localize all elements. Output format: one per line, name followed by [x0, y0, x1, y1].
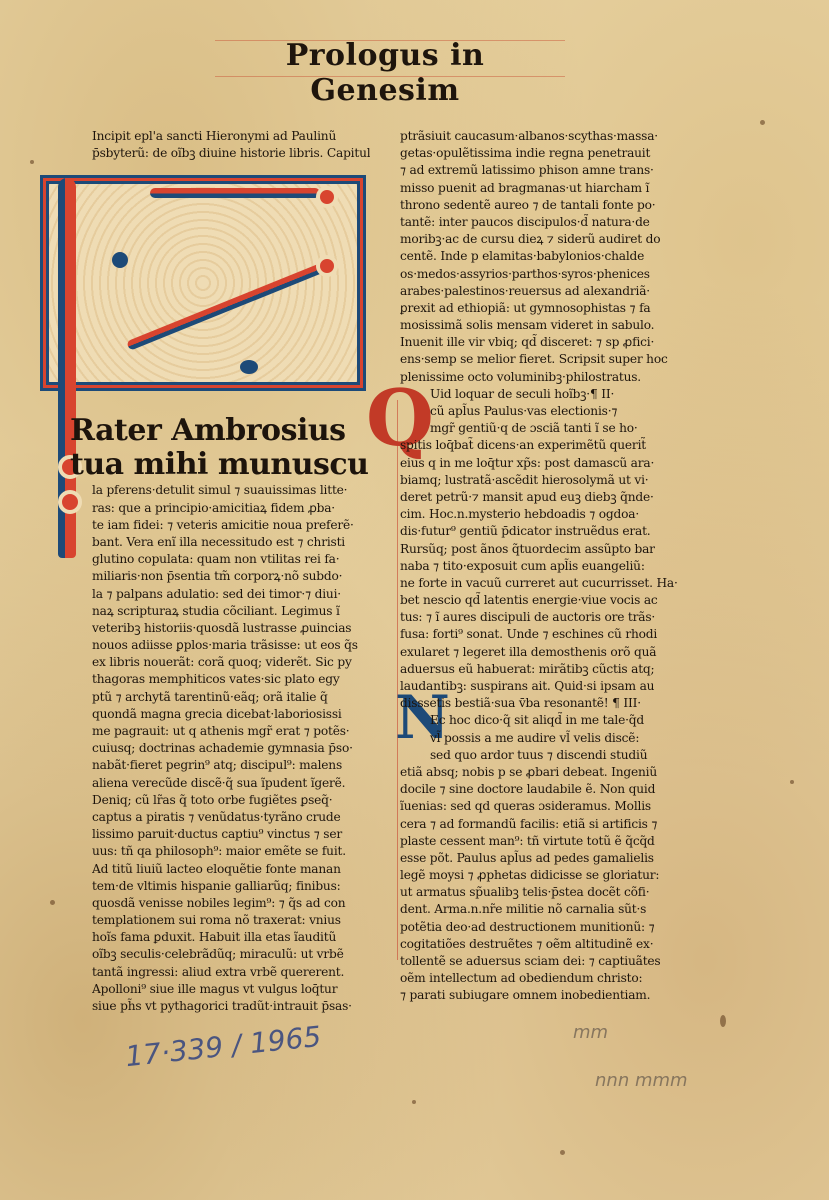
faint-annotation: nnn mmm: [595, 1070, 688, 1091]
text-line: os·medos·assyrios·parthos·syros·phenices: [400, 266, 684, 283]
text-line: la pferens·detulit simul ⁊ suauissimas l…: [92, 482, 370, 499]
text-line: laudantibꝫ: suspirans ait. Quid·si ipsam…: [400, 678, 684, 695]
right-margin-rule: [397, 400, 398, 960]
right-column: ptrãsiuit caucasum·albanos·scythas·massa…: [400, 128, 684, 1005]
text-line: spitis loq̄bat̃ dicens·an experimẽtũ que…: [400, 437, 684, 454]
text-line: aduersus eũ habuerat: mirãtibꝫ cũctis at…: [400, 661, 684, 678]
page-title: Prologus in Genesim: [225, 38, 545, 108]
text-line: biamq; lustratã·ascẽdit hierosolymã ut v…: [400, 472, 684, 489]
text-line: Inuenit ille vir vbiq; qd̃ disceret: ⁊ s…: [400, 334, 684, 351]
shelfmark-annotation: 17·339 / 1965: [124, 1020, 323, 1073]
foxing-spot: [412, 1100, 416, 1104]
text-line: Ec hoc dico·q̃ sit aliqd̃ in me tale·q̃d: [400, 712, 684, 729]
text-line: tantẽ: inter paucos discipulos·d̃ natura…: [400, 214, 684, 231]
text-line: ex libris nouerãt: corã quoq; viderẽt. S…: [92, 654, 370, 671]
title-rule-bottom: [215, 76, 565, 77]
text-line: eius q in me loq̄tur xp̃s: post damascũ …: [400, 455, 684, 472]
text-line: legẽ moysi ⁊ ꝓphetas didicisse se gloria…: [400, 867, 684, 884]
text-line: potẽtia deo·ad destructionem munitionũ: …: [400, 919, 684, 936]
left-column: Incipit epl'a sancti Hieronymi ad Paulin…: [92, 128, 370, 1015]
text-line: ⁊ ad extremũ latissimo phison amne trans…: [400, 162, 684, 179]
text-line: nabãt·fieret pegrin⁹ atq; discipul⁹: mal…: [92, 757, 370, 774]
text-line: siue ph̃s vt pythagorici tradũt·intrauit…: [92, 998, 370, 1015]
text-line: bant. Vera enĩ illa necessitudo est ⁊ ch…: [92, 534, 370, 551]
rubric-line: p̄sbyterũ: de oĩbꝫ diuine historie libri…: [92, 145, 370, 162]
text-line: fusa: forti⁹ sonat. Unde ⁊ eschines cũ r…: [400, 626, 684, 643]
text-line: tantã ingressi: aliud extra vrbẽ querere…: [92, 964, 370, 981]
text-line: vl̃ possis a me audire vl̃ velis discẽ:: [400, 730, 684, 747]
incipit-large: Rater Ambrosius: [70, 414, 370, 448]
foxing-spot: [50, 900, 55, 905]
text-line: uus: tñ qa philosoph⁹: maior emẽte se fu…: [92, 843, 370, 860]
foxing-spot: [790, 780, 794, 784]
text-line: thagoras memphiticos vates·sic plato egy: [92, 671, 370, 688]
text-line: deret petrũ·⁊ mansit apud euꝫ diebꝫ q̃nd…: [400, 489, 684, 506]
text-line: miliaris·non p̄sentia tm̃ corporꝝ·nõ sub…: [92, 568, 370, 585]
text-line: hoĩs fama ꝑduxit. Habuit illa etas ĩaudi…: [92, 929, 370, 946]
text-line: getas·opulẽtissima indie regna penetraui…: [400, 145, 684, 162]
text-line: dis·futur⁹ gentiũ p̄dicator instruẽdus e…: [400, 523, 684, 540]
text-line: Apolloni⁹ siue ille magus vt vulgus loq̄…: [92, 981, 370, 998]
text-line: tus: ⁊ ĩ aures discipuli de auctoris ore…: [400, 609, 684, 626]
text-line: quosdã venisse nobiles legim⁹: ⁊ q̃s ad …: [92, 895, 370, 912]
text-line: ĩuenias: sed qd queras ɔsideramus. Molli…: [400, 798, 684, 815]
text-line: me pagrauit: ut q athenis mgr̃ erat ⁊ po…: [92, 723, 370, 740]
text-line: oẽm intellectum ad obediendum christo:: [400, 970, 684, 987]
text-line: cogitatiões destruẽtes ⁊ oẽm altitudinẽ …: [400, 936, 684, 953]
text-line: Uid loquar de seculi hoĩbꝫ·¶ II·: [400, 386, 684, 403]
text-line: plaste cessent man⁹: tñ virtute totũ ẽ q…: [400, 833, 684, 850]
text-line: throno sedentẽ aureo ⁊ de tantali fonte …: [400, 197, 684, 214]
text-line: docile ⁊ sine doctore laudabile ẽ. Non q…: [400, 781, 684, 798]
text-line: nouos adiisse ꝑplos·maria trãsisse: ut e…: [92, 637, 370, 654]
text-line: cũ apl̃us Paulus·vas electionis·⁊: [400, 403, 684, 420]
text-line: dent. Arma.n.nr̃e militie nõ carnalia sũ…: [400, 901, 684, 918]
text-line: Deniq; cũ lr̃as q̃ toto orbe fugiẽtes ꝑs…: [92, 792, 370, 809]
text-line: ne forte in vacuũ curreret aut cucurriss…: [400, 575, 684, 592]
text-line: mosissimã solis mensam videret in sabulo…: [400, 317, 684, 334]
faint-annotation: mm: [573, 1022, 608, 1043]
text-line: naꝝ scripturaꝝ studia cõciliant. Legimus…: [92, 603, 370, 620]
text-line: misso puenit ad bragmanas·ut hiarcham ĩ: [400, 180, 684, 197]
incipit-large: tua mihi munuscu: [70, 448, 370, 482]
text-line: ptũ ⁊ archytã tarentinũ·eãq; orã italie …: [92, 689, 370, 706]
text-line: mgr̃ gentiũ·q de ɔsciã tanti ĩ se ho·: [400, 420, 684, 437]
text-line: centẽ. Inde p elamitas·babylonios·chalde: [400, 248, 684, 265]
text-line: Rursũq; post ãnos q̃tuordecim assũpto ba…: [400, 541, 684, 558]
title-rule-top: [215, 40, 565, 41]
text-line: oĩbꝫ seculis·celebrãdũq; miraculũ: ut vr…: [92, 946, 370, 963]
text-line: ptrãsiuit caucasum·albanos·scythas·massa…: [400, 128, 684, 145]
text-line: arabes·palestinos·reuersus ad alexandriã…: [400, 283, 684, 300]
text-line: etiã absq; nobis p se ꝓbari debeat. Inge…: [400, 764, 684, 781]
foxing-spot: [30, 160, 34, 164]
text-line: ⁊ parati subiugare omnem inobedientiam.: [400, 987, 684, 1004]
text-line: veteribꝫ historiis·quosdã lustrasse ꝓuin…: [92, 620, 370, 637]
text-line: glutino copulata: quam non vtilitas rei …: [92, 551, 370, 568]
text-line: esse põt. Paulus apl̃us ad pedes gamalie…: [400, 850, 684, 867]
text-line: tollentẽ se aduersus sciam dei: ⁊ captiu…: [400, 953, 684, 970]
text-line: ras: que a principio·amicitiaꝝ fidem ꝓba…: [92, 500, 370, 517]
text-line: moribꝫ·ac de cursu dieꝝ ⁊ siderũ audiret…: [400, 231, 684, 248]
text-line: ut armatus sp̃ualibꝫ telis·p̄stea docẽt …: [400, 884, 684, 901]
rubric-line: Incipit epl'a sancti Hieronymi ad Paulin…: [92, 128, 370, 145]
foxing-spot: [720, 1015, 726, 1027]
text-line: naba ⁊ tito·exposuit cum apl̃is euangeli…: [400, 558, 684, 575]
text-line: ens·semp se melior fieret. Scripsit supe…: [400, 351, 684, 368]
text-line: sed quo ardor tuus ⁊ discendi studiũ: [400, 747, 684, 764]
text-line: tem·de vltimis hispanie galliarũq; finib…: [92, 878, 370, 895]
text-line: templationem sui roma nõ traxerat: vnius: [92, 912, 370, 929]
text-line: quondã magna grecia dicebat·laboriosissi: [92, 706, 370, 723]
text-line: bet nescio qd̃ latentis energie·viue voc…: [400, 592, 684, 609]
text-line: cim. Hoc.n.mysterio hebdoadis ⁊ ogdoa·: [400, 506, 684, 523]
text-line: cera ⁊ ad formandũ facilis: etiã si arti…: [400, 816, 684, 833]
initial-dot: [58, 490, 82, 514]
foxing-spot: [560, 1150, 565, 1155]
text-line: Ad titũ liuiũ lacteo eloquẽtie fonte man…: [92, 861, 370, 878]
text-line: captus a piratis ⁊ venũdatus·tyrãno crud…: [92, 809, 370, 826]
text-line: plenissime octo voluminibꝫ·philostratus.: [400, 369, 684, 386]
foxing-spot: [760, 120, 765, 125]
text-line: lissimo paruit·ductus captiu⁹ vinctus ⁊ …: [92, 826, 370, 843]
text-line: ꝑrexit ad ethiopiã: ut gymnosophistas ⁊ …: [400, 300, 684, 317]
text-line: te iam fidei: ⁊ veteris amicitie noua pr…: [92, 517, 370, 534]
text-line: disssetis bestiã·sua v̄ba resonantẽ! ¶ I…: [400, 695, 684, 712]
text-line: exularet ⁊ legeret illa demosthenis orõ …: [400, 644, 684, 661]
text-line: aliena verecũde discẽ·q̃ sua ĩpudent ĩge…: [92, 775, 370, 792]
text-line: la ⁊ palpans adulatio: sed dei timor·⁊ d…: [92, 586, 370, 603]
text-line: cuiusq; doctrinas achademie gymnasia p̄s…: [92, 740, 370, 757]
